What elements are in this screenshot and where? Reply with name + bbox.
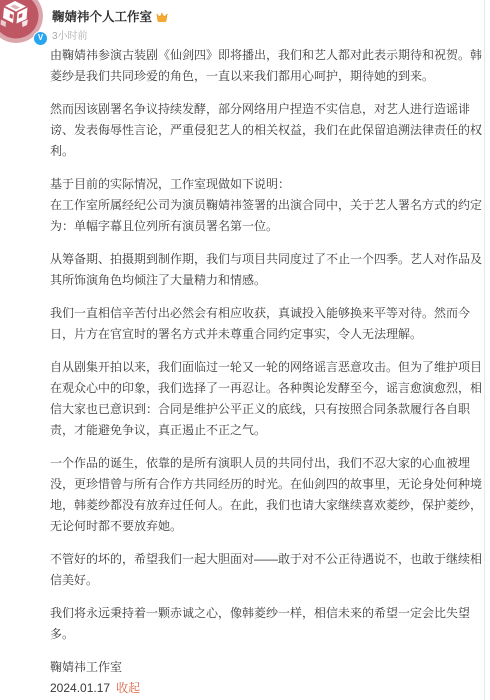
membership-crown-icon xyxy=(156,11,168,23)
post-paragraphs: 由鞠婧祎参演古装剧《仙剑四》即将播出，我们和艺人都对此表示期待和祝贺。韩菱纱是我… xyxy=(50,45,482,645)
card-right-border xyxy=(484,0,485,700)
post-paragraph: 一个作品的诞生，依靠的是所有演职人员的共同付出，我们不忍大家的心血被埋没，更珍惜… xyxy=(50,453,482,537)
author-name[interactable]: 鞠婧祎个人工作室 xyxy=(52,7,152,25)
signature-block: 鞠婧祎工作室 2024.01.17收起 xyxy=(50,657,482,699)
post-date: 2024.01.17 xyxy=(50,681,110,695)
post-card: V 鞠婧祎个人工作室 3小时前 由鞠婧祎参演古装剧《仙剑四》即将播出，我们和艺人… xyxy=(0,0,490,700)
post-paragraph: 不管好的坏的，希望我们一起大胆面对——敢于对不公正待遇说不，也敢于继续相信美好。 xyxy=(50,549,482,591)
post-paragraph: 由鞠婧祎参演古装剧《仙剑四》即将播出，我们和艺人都对此表示期待和祝贺。韩菱纱是我… xyxy=(50,45,482,87)
post-paragraph: 我们一直相信辛苦付出必然会有相应收获，真诚投入能够换来平等对待。然而今日，片方在… xyxy=(50,303,482,345)
post-timestamp: 3小时前 xyxy=(52,27,88,42)
author-row: 鞠婧祎个人工作室 xyxy=(52,7,168,25)
post-body: 由鞠婧祎参演古装剧《仙剑四》即将播出，我们和艺人都对此表示期待和祝贺。韩菱纱是我… xyxy=(50,45,482,699)
verified-v-badge-icon: V xyxy=(33,31,48,46)
collapse-link[interactable]: 收起 xyxy=(116,681,140,695)
post-paragraph: 然而因该剧署名争议持续发酵，部分网络用户捏造不实信息，对艺人进行造谣诽谤、发表侮… xyxy=(50,99,482,162)
signature-name: 鞠婧祎工作室 xyxy=(50,657,482,678)
post-paragraph: 自从剧集开拍以来，我们面临过一轮又一轮的网络谣言恶意攻击。但为了维护项目在观众心… xyxy=(50,357,482,441)
date-line: 2024.01.17收起 xyxy=(50,678,482,699)
post-paragraph: 基于目前的实际情况，工作室现做如下说明： 在工作室所属经纪公司为演员鞠婧祎签署的… xyxy=(50,174,482,237)
post-paragraph: 我们将永远秉持着一颗赤诚之心，像韩菱纱一样，相信未来的希望一定会比失望多。 xyxy=(50,603,482,645)
post-paragraph: 从筹备期、拍摄期到制作期，我们与项目共同度过了不止一个四季。艺人对作品及其所饰演… xyxy=(50,249,482,291)
